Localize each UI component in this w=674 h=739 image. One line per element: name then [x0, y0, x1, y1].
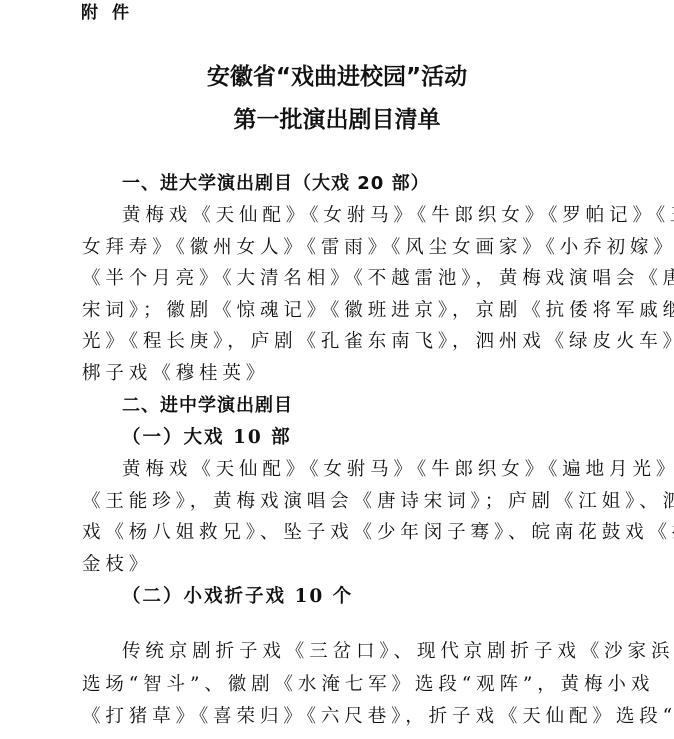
paragraph-line: 女拜寿》《徽州女人》《雷雨》《风尘女画家》《小乔初嫁》	[82, 236, 592, 260]
attachment-label: 附件	[81, 1, 143, 25]
paragraph-line: 梆子戏《穆桂英》	[82, 362, 592, 386]
paragraph-line: 宋词》；徽剧《惊魂记》《徽班进京》，京剧《抗倭将军戚继	[82, 299, 592, 323]
paragraph-line: 戏《杨八姐救兄》、坠子戏《少年闵子骞》、皖南花鼓戏《打	[82, 521, 592, 545]
subsection-heading-major-plays: （一）大戏 10 部	[122, 426, 592, 450]
paragraph-line: 传统京剧折子戏《三岔口》、现代京剧折子戏《沙家浜》	[122, 640, 592, 664]
paragraph-line: 《半个月亮》《大清名相》《不越雷池》，黄梅戏演唱会《唐诗	[82, 267, 592, 291]
paragraph-line: 光》《程长庚》，庐剧《孔雀东南飞》，泗州戏《绿皮火车》，	[82, 330, 592, 354]
paragraph-line: 金枝》	[82, 553, 592, 577]
document-title-line-1: 安徽省“戏曲进校园”活动	[0, 61, 674, 93]
paragraph-line: 黄梅戏《天仙配》《女驸马》《牛郎织女》《遍地月光》	[122, 458, 592, 482]
section-heading-university: 一、进大学演出剧目（大戏 20 部）	[122, 172, 592, 196]
paragraph-line: 黄梅戏《天仙配》《女驸马》《牛郎织女》《罗帕记》《五	[122, 204, 592, 228]
section-heading-middle-school: 二、进中学演出剧目	[122, 394, 592, 418]
paragraph-line: 《王能珍》，黄梅戏演唱会《唐诗宋词》；庐剧《江姐》、泗州	[82, 490, 592, 514]
subsection-heading-short-plays: （二）小戏折子戏 10 个	[122, 585, 592, 609]
paragraph-line: 《打猪草》《喜荣归》《六尺巷》，折子戏《天仙配》选段“路	[82, 705, 592, 729]
document-title-line-2: 第一批演出剧目清单	[0, 104, 674, 136]
paragraph-line: 选场“智斗”、徽剧《水淹七军》选段“观阵”，黄梅小戏	[82, 673, 592, 697]
